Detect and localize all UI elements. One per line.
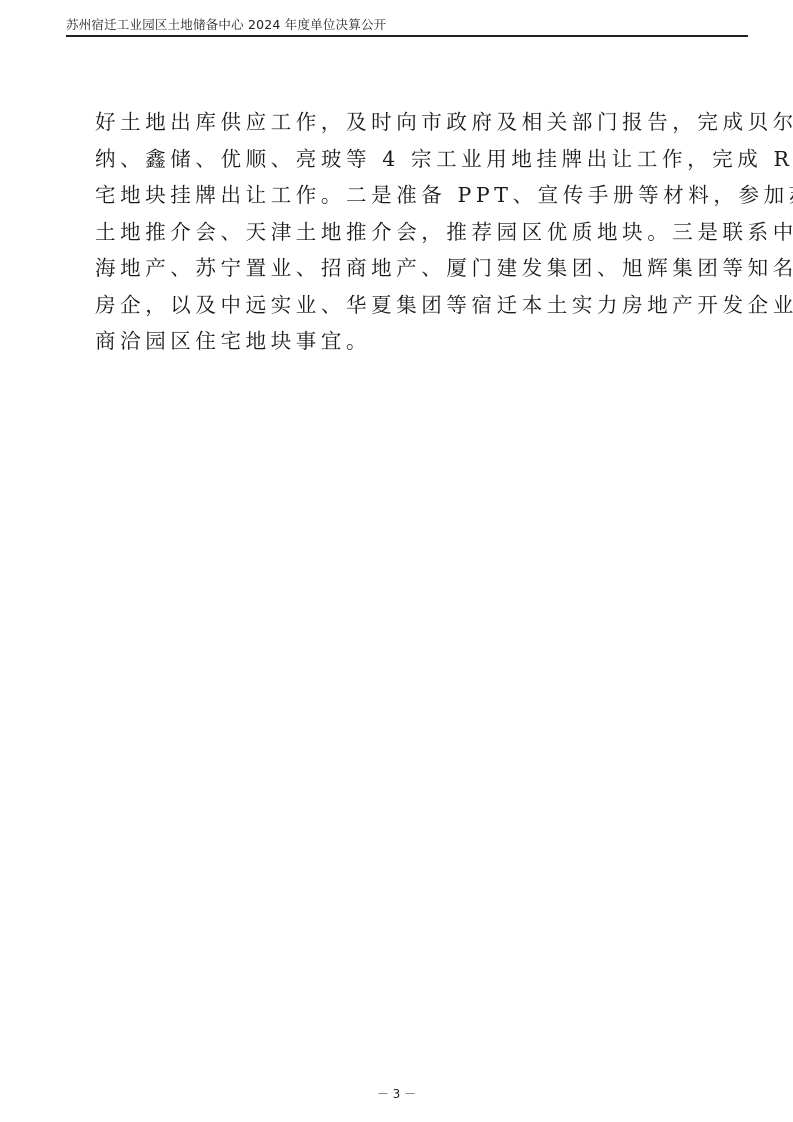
- text-line: 宅地块挂牌出让工作。二是准备 PPT、宣传手册等材料，参加苏州: [95, 177, 735, 214]
- text-line: 房企，以及中远实业、华夏集团等宿迁本土实力房地产开发企业，: [95, 287, 735, 324]
- text-line: 商洽园区住宅地块事宜。: [95, 323, 735, 360]
- text-line: 好土地出库供应工作，及时向市政府及相关部门报告，完成贝尔: [95, 104, 735, 141]
- page-header: 苏州宿迁工业园区土地储备中心 2024 年度单位决算公开: [66, 19, 748, 37]
- text-line: 海地产、苏宁置业、招商地产、厦门建发集团、旭辉集团等知名: [95, 250, 735, 287]
- body-paragraph: 好土地出库供应工作，及时向市政府及相关部门报告，完成贝尔 纳、鑫储、优顺、亮玻等…: [95, 104, 735, 360]
- page-number: － 3 －: [0, 1085, 793, 1102]
- text-line: 纳、鑫储、优顺、亮玻等 4 宗工业用地挂牌出让工作，完成 R8 住: [95, 141, 735, 178]
- text-line: 土地推介会、天津土地推介会，推荐园区优质地块。三是联系中: [95, 214, 735, 251]
- header-title: 苏州宿迁工业园区土地储备中心 2024 年度单位决算公开: [66, 15, 386, 33]
